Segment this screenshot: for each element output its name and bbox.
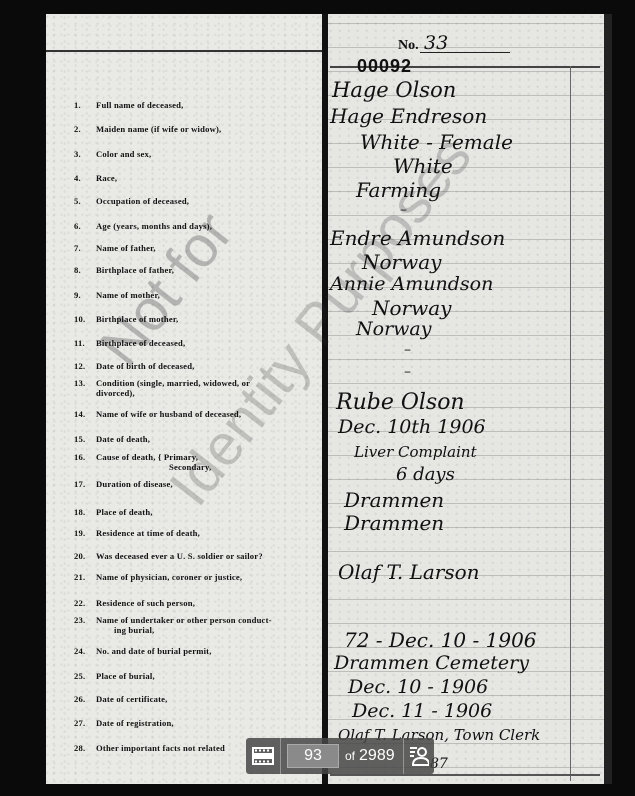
field-value: 72 - Dec. 10 - 1906 [344, 628, 537, 652]
field-value: Dec. 11 - 1906 [352, 700, 492, 722]
field-label: 22.Residence of such person, [74, 598, 195, 608]
field-value: White - Female [360, 130, 513, 154]
field-value: Liver Complaint [354, 443, 477, 461]
record-no-underline [420, 52, 510, 53]
field-label: 28.Other important facts not related [74, 743, 225, 753]
margin-rule [570, 66, 571, 781]
field-value: White [393, 154, 453, 178]
field-value: Drammen [344, 511, 444, 535]
field-value: Rube Olson [336, 390, 465, 415]
person-list-icon [409, 745, 429, 767]
record-no: 33 [424, 32, 448, 54]
field-value: Annie Amundson [330, 273, 493, 295]
field-value: Olaf T. Larson [338, 560, 480, 584]
index-button[interactable] [404, 738, 434, 774]
field-value: Norway [372, 296, 451, 320]
field-label: 6.Age (years, months and days), [74, 221, 212, 231]
field-value: Drammen Cemetery [334, 652, 529, 674]
field-value: Dec. 10 - 1906 [348, 676, 488, 698]
field-label: 24.No. and date of burial permit, [74, 646, 212, 656]
field-label: 25.Place of burial, [74, 671, 155, 681]
field-label: 11.Birthplace of deceased, [74, 338, 185, 348]
of-label: of [345, 738, 359, 774]
filmstrip-icon [252, 747, 274, 765]
field-label: 17.Duration of disease, [74, 479, 173, 489]
field-label: 23.Name of undertaker or other person co… [74, 615, 272, 635]
field-value: Farming [356, 178, 441, 202]
total-pages: 2989 [359, 738, 404, 774]
field-label: 18.Place of death, [74, 507, 153, 517]
field-value: Norway [362, 250, 441, 274]
field-label: 3.Color and sex, [74, 149, 151, 159]
field-label: 27.Date of registration, [74, 718, 174, 728]
stamp-number: 00092 [357, 56, 412, 77]
field-value: Dec. 10th 1906 [338, 416, 486, 438]
field-value: Hage Endreson [330, 104, 487, 128]
field-label: 8.Birthplace of father, [74, 265, 174, 275]
page-edge [604, 14, 612, 784]
field-label: 2.Maiden name (if wife or widow), [74, 124, 221, 134]
filmstrip-button[interactable] [246, 738, 281, 774]
field-label: 4.Race, [74, 173, 117, 183]
field-label: 10.Birthplace of mother, [74, 314, 178, 324]
document-viewer: Not for Identity Purposes No. 33 00092 1… [0, 0, 635, 796]
field-label: 15.Date of death, [74, 434, 150, 444]
field-value: – [404, 342, 411, 358]
bottom-rule [330, 774, 600, 776]
field-label: 14.Name of wife or husband of deceased, [74, 409, 241, 419]
field-label: 21.Name of physician, coroner or justice… [74, 572, 242, 582]
field-label: 26.Date of certificate, [74, 694, 168, 704]
header-rule [46, 50, 322, 52]
field-label: 19.Residence at time of death, [74, 528, 200, 538]
page-navigation-toolbar: 93 of 2989 [246, 738, 434, 774]
field-label: 20.Was deceased ever a U. S. soldier or … [74, 551, 263, 561]
field-label: 13.Condition (single, married, widowed, … [74, 378, 250, 398]
page-number-input[interactable]: 93 [287, 744, 339, 768]
field-value: – [400, 202, 407, 218]
field-value: – [404, 364, 411, 380]
field-label: 7.Name of father, [74, 243, 156, 253]
field-label: 5.Occupation of deceased, [74, 196, 189, 206]
field-label: 16.Cause of death, { Primary,Secondary, [74, 452, 211, 472]
record-no-label: No. [398, 38, 419, 54]
field-value: 6 days [396, 464, 455, 485]
field-value: Endre Amundson [330, 226, 505, 250]
field-label: 1.Full name of deceased, [74, 100, 183, 110]
field-value: Norway [356, 318, 431, 340]
field-label: 9.Name of mother, [74, 290, 160, 300]
field-label: 12.Date of birth of deceased, [74, 361, 195, 371]
field-value: Drammen [344, 488, 444, 512]
field-value: Hage Olson [332, 78, 456, 102]
